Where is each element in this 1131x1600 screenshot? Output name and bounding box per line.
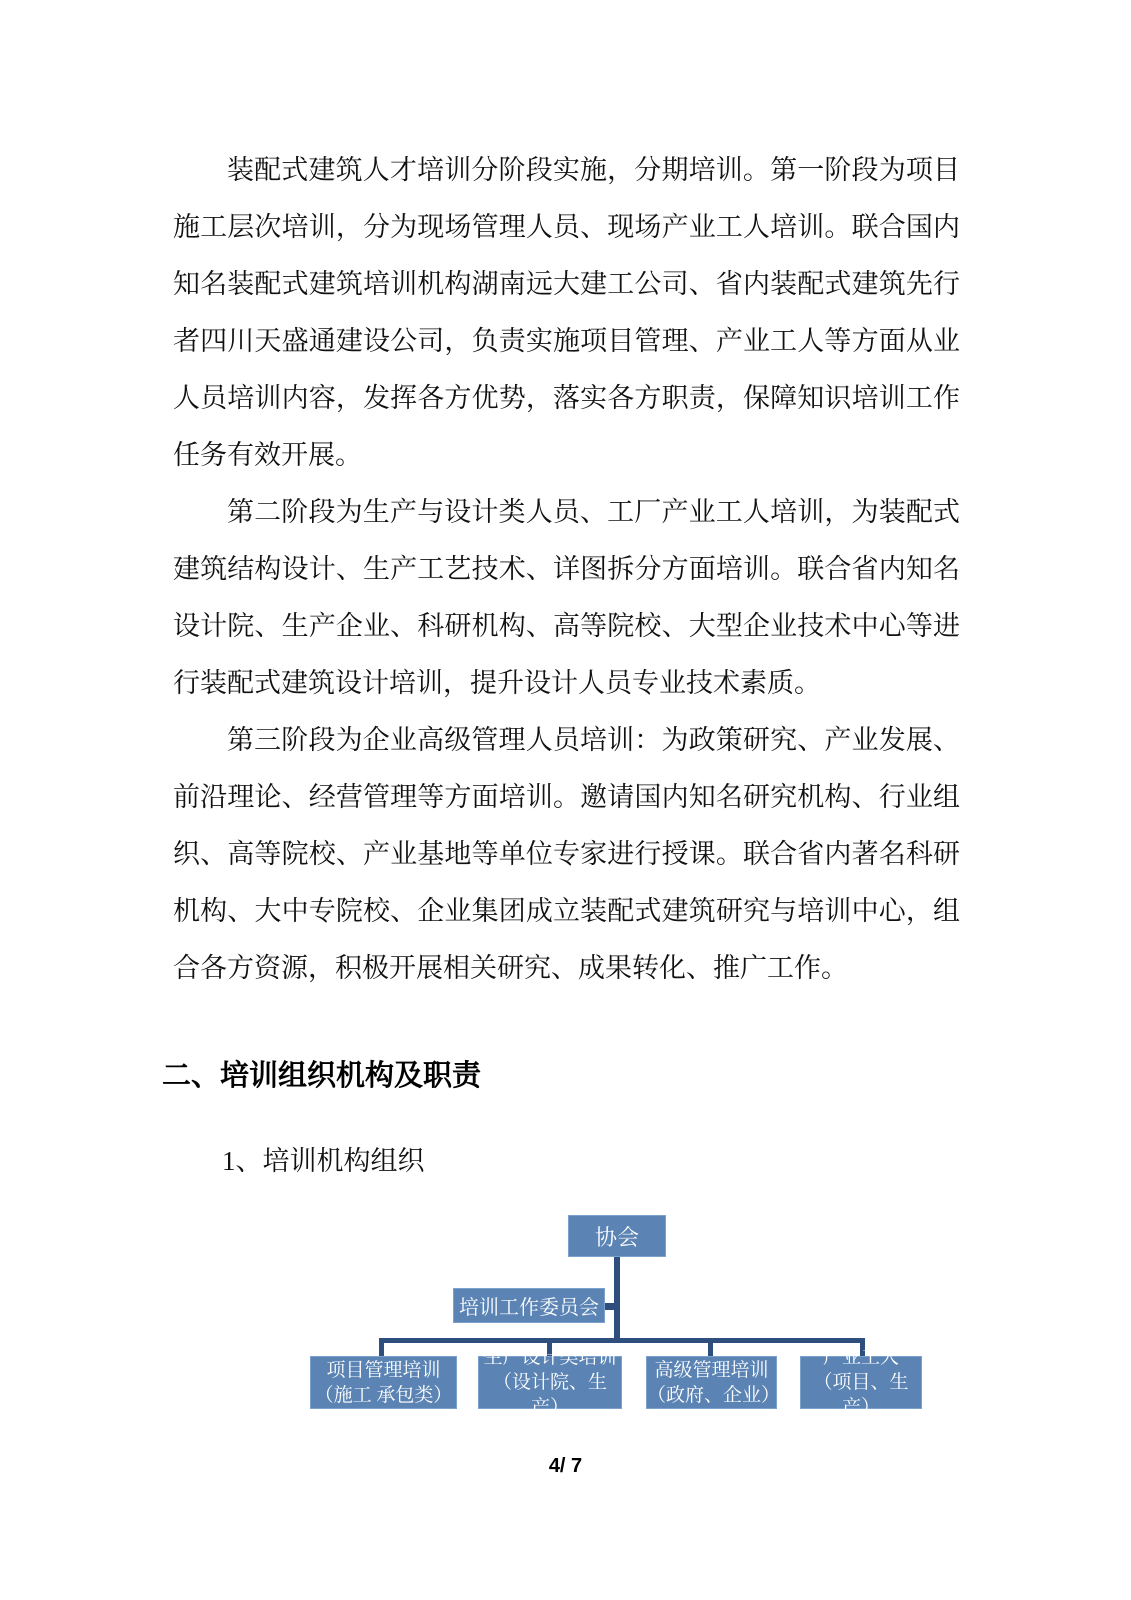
org-box-title: 产业工人	[823, 1345, 899, 1370]
org-box-senior-management-training: 高级管理培训 （政府、企业）	[646, 1356, 777, 1409]
connector-tick	[379, 1343, 384, 1356]
org-box-title: 项目管理培训	[326, 1358, 440, 1383]
connector-committee-stub	[605, 1303, 615, 1310]
paragraph: 第二阶段为生产与设计类人员、工厂产业工人培训，为装配式建筑结构设计、生产工艺技术…	[173, 484, 960, 712]
paragraph: 装配式建筑人才培训分阶段实施，分期培训。第一阶段为项目施工层次培训，分为现场管理…	[173, 142, 960, 484]
org-box-production-design-training: 生产设计类培训 （设计院、生产）	[478, 1356, 622, 1409]
org-box-subtitle: （项目、生产）	[801, 1370, 921, 1420]
sub-heading: 1、培训机构组织	[222, 1141, 822, 1181]
paragraph: 第三阶段为企业高级管理人员培训：为政策研究、产业发展、前沿理论、经营管理等方面培…	[173, 712, 960, 997]
org-box-label: 培训工作委员会	[459, 1291, 599, 1320]
connector-tick	[708, 1343, 713, 1356]
org-box-label: 协会	[595, 1221, 639, 1252]
org-box-association: 协会	[568, 1215, 666, 1257]
page-number: 4/ 7	[0, 1455, 1131, 1478]
org-box-subtitle: （政府、企业）	[647, 1383, 776, 1408]
org-box-industrial-workers: 产业工人 （项目、生产）	[800, 1356, 922, 1409]
org-box-title: 生产设计类培训	[483, 1345, 616, 1370]
section-heading: 二、培训组织机构及职责	[162, 1058, 982, 1094]
org-box-project-management-training: 项目管理培训 （施工 承包类）	[310, 1356, 457, 1409]
org-box-subtitle: （设计院、生产）	[479, 1370, 621, 1420]
connector-horizontal-rail	[379, 1338, 865, 1343]
body-text-block: 装配式建筑人才培训分阶段实施，分期培训。第一阶段为项目施工层次培训，分为现场管理…	[173, 142, 960, 997]
org-box-subtitle: （施工 承包类）	[315, 1383, 453, 1408]
org-box-training-committee: 培训工作委员会	[453, 1288, 605, 1323]
connector-vertical-main	[614, 1257, 620, 1343]
document-page: 装配式建筑人才培训分阶段实施，分期培训。第一阶段为项目施工层次培训，分为现场管理…	[0, 0, 1131, 1600]
org-box-title: 高级管理培训	[654, 1358, 768, 1383]
